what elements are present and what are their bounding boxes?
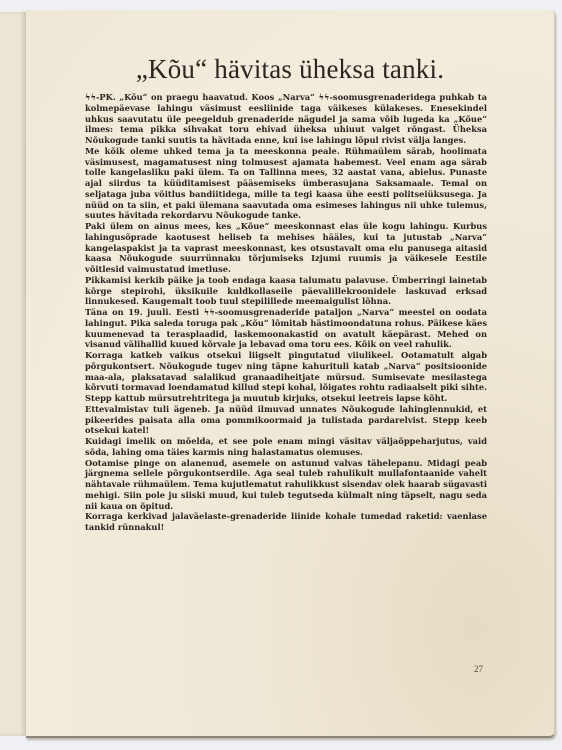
paragraph: Me kõik oleme uhked tema ja ta meeskonna… [85, 146, 487, 221]
paragraph: Kuidagi imelik on mõelda, et see pole en… [85, 436, 487, 458]
page-number: 27 [474, 664, 483, 674]
paragraph: Ootamise pinge on alanenud, asemele on a… [85, 458, 487, 512]
paragraph: ϟϟ-PK. „Kõu“ on praegu haavatud. Koos „N… [85, 92, 487, 146]
paragraph: Paki ülem on ainus mees, kes „Kõue“ mees… [85, 221, 487, 275]
paragraph: Korraga katkeb vaikus otsekui liigselt p… [85, 350, 487, 404]
article-title: „Kõu“ hävitas üheksa tanki. [26, 54, 554, 85]
paragraph: Korraga kerkivad jalaväelaste-grenaderid… [85, 511, 487, 533]
document-page: „Kõu“ hävitas üheksa tanki. ϟϟ-PK. „Kõu“… [26, 10, 555, 738]
paragraph: Täna on 19. juuli. Eesti ϟϟ-soomusgrenad… [85, 307, 487, 350]
article-body: ϟϟ-PK. „Kõu“ on praegu haavatud. Koos „N… [85, 92, 487, 533]
previous-page-edge [0, 12, 27, 736]
paragraph: Ettevalmistav tuli ägeneb. Ja nüüd ilmuv… [85, 404, 487, 436]
paragraph: Pikkamisi kerkib päike ja toob endaga ka… [85, 275, 487, 307]
